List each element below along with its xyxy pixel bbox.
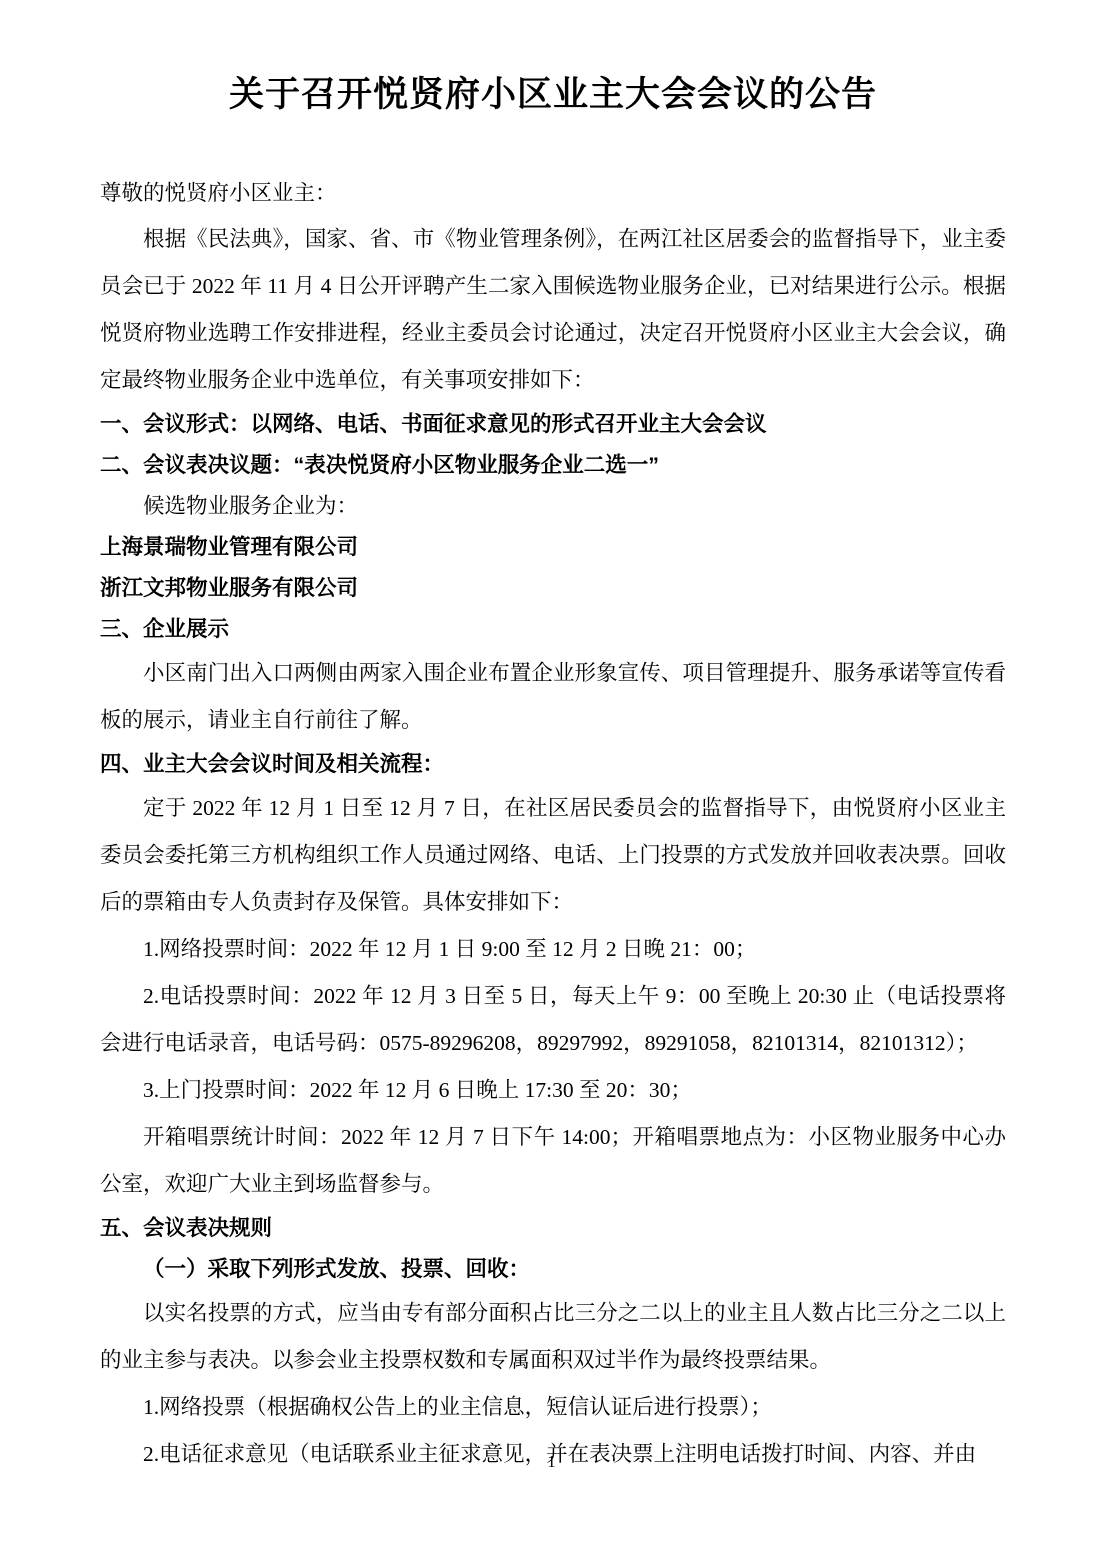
- ballot-count-paragraph: 开箱唱票统计时间：2022 年 12 月 7 日下午 14:00；开箱唱票地点为…: [100, 1114, 1006, 1208]
- section-3-heading: 三、企业展示: [100, 609, 1006, 650]
- section-5-heading: 五、会议表决规则: [100, 1208, 1006, 1249]
- voting-rule-paragraph: 以实名投票的方式，应当由专有部分面积占比三分之二以上的业主且人数占比三分之二以上…: [100, 1290, 1006, 1384]
- document-title: 关于召开悦贤府小区业主大会会议的公告: [100, 70, 1006, 120]
- page-number: 1: [0, 1450, 1103, 1474]
- intro-paragraph: 根据《民法典》，国家、省、市《物业管理条例》，在两江社区居委会的监督指导下，业主…: [100, 216, 1006, 404]
- section-5-subheading-1: （一）采取下列形式发放、投票、回收：: [100, 1249, 1006, 1290]
- candidate-company-2: 浙江文邦物业服务有限公司: [100, 568, 1006, 609]
- candidate-company-1: 上海景瑞物业管理有限公司: [100, 527, 1006, 568]
- candidate-intro-line: 候选物业服务企业为：: [100, 486, 1006, 527]
- section-4-paragraph: 定于 2022 年 12 月 1 日至 12 月 7 日，在社区居民委员会的监督…: [100, 785, 1006, 926]
- section-3-paragraph: 小区南门出入口两侧由两家入围企业布置企业形象宣传、项目管理提升、服务承诺等宣传看…: [100, 650, 1006, 744]
- section-1-heading: 一、会议形式：以网络、电话、书面征求意见的形式召开业主大会会议: [100, 404, 1006, 445]
- document-title-text: 关于召开悦贤府小区业主大会会议的公告: [229, 75, 877, 114]
- section-2-heading: 二、会议表决议题：“表决悦贤府小区物业服务企业二选一”: [100, 445, 1006, 486]
- salutation: 尊敬的悦贤府小区业主：: [100, 170, 1006, 216]
- document-page: 关于召开悦贤府小区业主大会会议的公告 尊敬的悦贤府小区业主： 根据《民法典》，国…: [0, 0, 1103, 1559]
- vote-time-item-1: 1.网络投票时间：2022 年 12 月 1 日 9:00 至 12 月 2 日…: [100, 926, 1006, 973]
- vote-time-item-2: 2.电话投票时间：2022 年 12 月 3 日至 5 日，每天上午 9：00 …: [100, 973, 1006, 1067]
- vote-time-item-3: 3.上门投票时间：2022 年 12 月 6 日晚上 17:30 至 20：30…: [100, 1067, 1006, 1114]
- rule-item-1: 1.网络投票（根据确权公告上的业主信息，短信认证后进行投票）；: [100, 1384, 1006, 1431]
- section-4-heading: 四、业主大会会议时间及相关流程：: [100, 744, 1006, 785]
